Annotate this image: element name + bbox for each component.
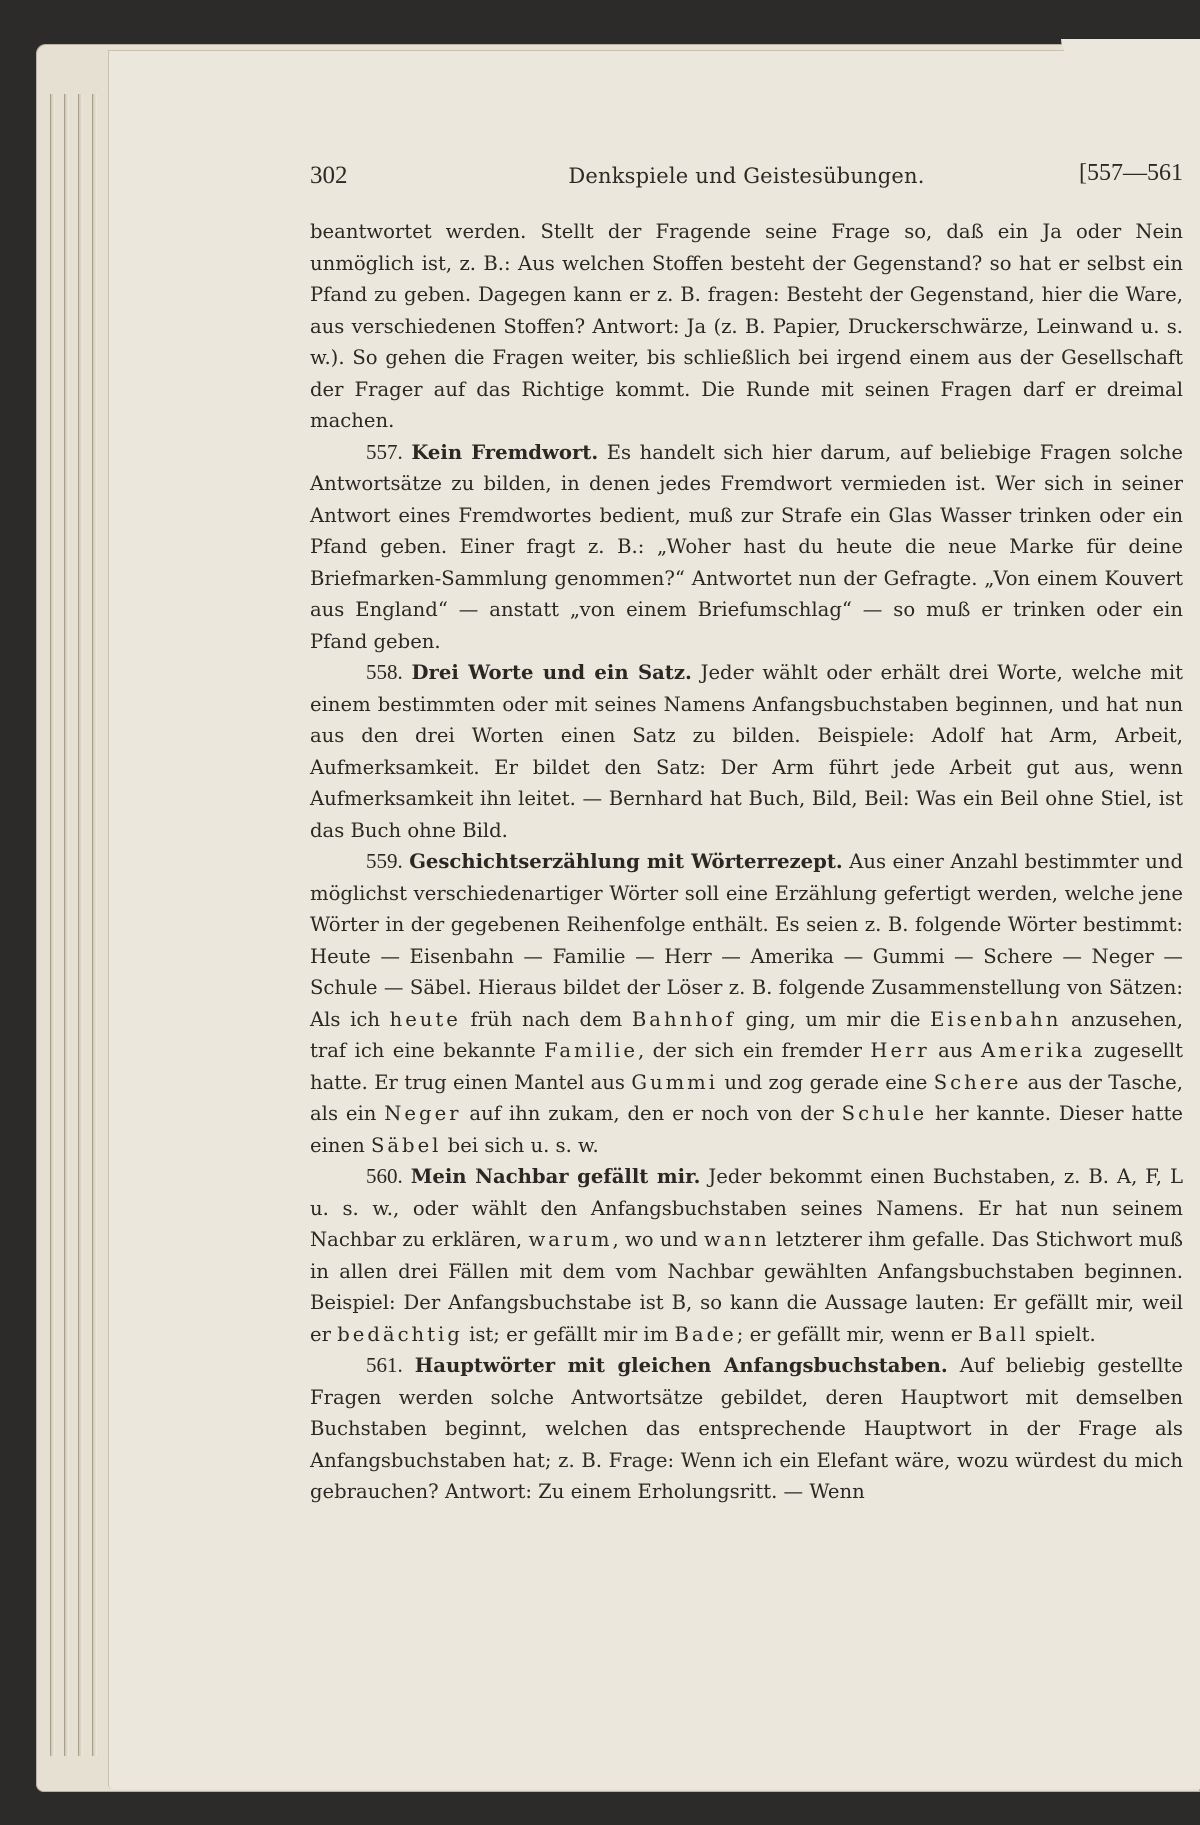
section-561: 561. Hauptwörter mit gleichen Anfangsbuc… [310, 1350, 1183, 1508]
emphasized-word: wann [704, 1228, 770, 1251]
section-557: 557. Kein Fremdwort. Es handelt sich hie… [310, 437, 1183, 658]
emphasized-word: Ball [978, 1323, 1029, 1346]
emphasized-word: Schere [934, 1071, 1022, 1094]
page-edge [78, 94, 83, 1756]
emphasized-word: Eisenbahn [930, 1008, 1061, 1031]
emphasized-word: Schule [842, 1102, 928, 1125]
section-range: [557—561 [1079, 160, 1183, 187]
section-title: Geschichtserzählung mit Wörterrezept. [409, 850, 843, 873]
section-text: Es handelt sich hier darum, auf beliebig… [310, 441, 1183, 653]
emphasized-word: Neger [384, 1102, 461, 1125]
section-559: 559. Geschichtserzählung mit Wörterrezep… [310, 846, 1183, 1161]
emphasized-word: Bahnhof [632, 1008, 736, 1031]
section-text: auf ihn zukam, den er noch von der [462, 1102, 842, 1125]
section-text: früh nach dem [461, 1008, 632, 1031]
section-text: Aus einer Anzahl bestimmter und möglichs… [310, 850, 1183, 1031]
page-body: beantwortet werden. Stellt der Fragende … [310, 216, 1183, 1508]
emphasized-word: Familie [544, 1039, 638, 1062]
section-560: 560. Mein Nachbar gefällt mir. Jeder bek… [310, 1161, 1183, 1350]
section-text: bei sich u. s. w. [441, 1134, 598, 1157]
running-title: Denkspiele und Geistesübungen. [310, 164, 1183, 188]
emphasized-word: Gummi [631, 1071, 718, 1094]
page-edge [50, 94, 55, 1756]
section-text: Jeder wählt oder erhält drei Worte, welc… [310, 661, 1183, 842]
section-title: Hauptwörter mit gleichen Anfangsbuchstab… [415, 1354, 948, 1377]
section-number: 559. [366, 849, 403, 873]
section-title: Drei Worte und ein Satz. [412, 661, 692, 684]
emphasized-word: Bade [675, 1323, 737, 1346]
section-title: Mein Nachbar gefällt mir. [411, 1165, 701, 1188]
page-edge [64, 94, 69, 1756]
section-title: Kein Fremdwort. [411, 441, 598, 464]
emphasized-word: Säbel [371, 1134, 442, 1157]
section-text: , der sich ein fremder [638, 1039, 870, 1062]
section-text: , wo und [613, 1228, 705, 1251]
section-text: und zog gerade eine [718, 1071, 934, 1094]
section-text: ; er gefällt mir, wenn er [737, 1323, 978, 1346]
section-number: 561. [366, 1353, 403, 1377]
emphasized-word: warum [528, 1228, 612, 1251]
section-558: 558. Drei Worte und ein Satz. Jeder wähl… [310, 657, 1183, 846]
emphasized-word: Amerika [981, 1039, 1086, 1062]
section-number: 557. [366, 440, 403, 464]
section-text: ist; er gefällt mir im [463, 1323, 675, 1346]
emphasized-word: bedächtig [337, 1323, 463, 1346]
section-number: 558. [366, 660, 403, 684]
running-head: 302 Denkspiele und Geistesübungen. [557—… [310, 162, 1183, 196]
section-number: 560. [366, 1164, 403, 1188]
emphasized-word: heute [390, 1008, 461, 1031]
page-edge [92, 94, 97, 1756]
emphasized-word: Herr [870, 1039, 929, 1062]
section-text: spielt. [1029, 1323, 1096, 1346]
section-text: ging, um mir die [736, 1008, 930, 1031]
section-text: aus [930, 1039, 981, 1062]
continued-paragraph: beantwortet werden. Stellt der Fragende … [310, 216, 1183, 437]
